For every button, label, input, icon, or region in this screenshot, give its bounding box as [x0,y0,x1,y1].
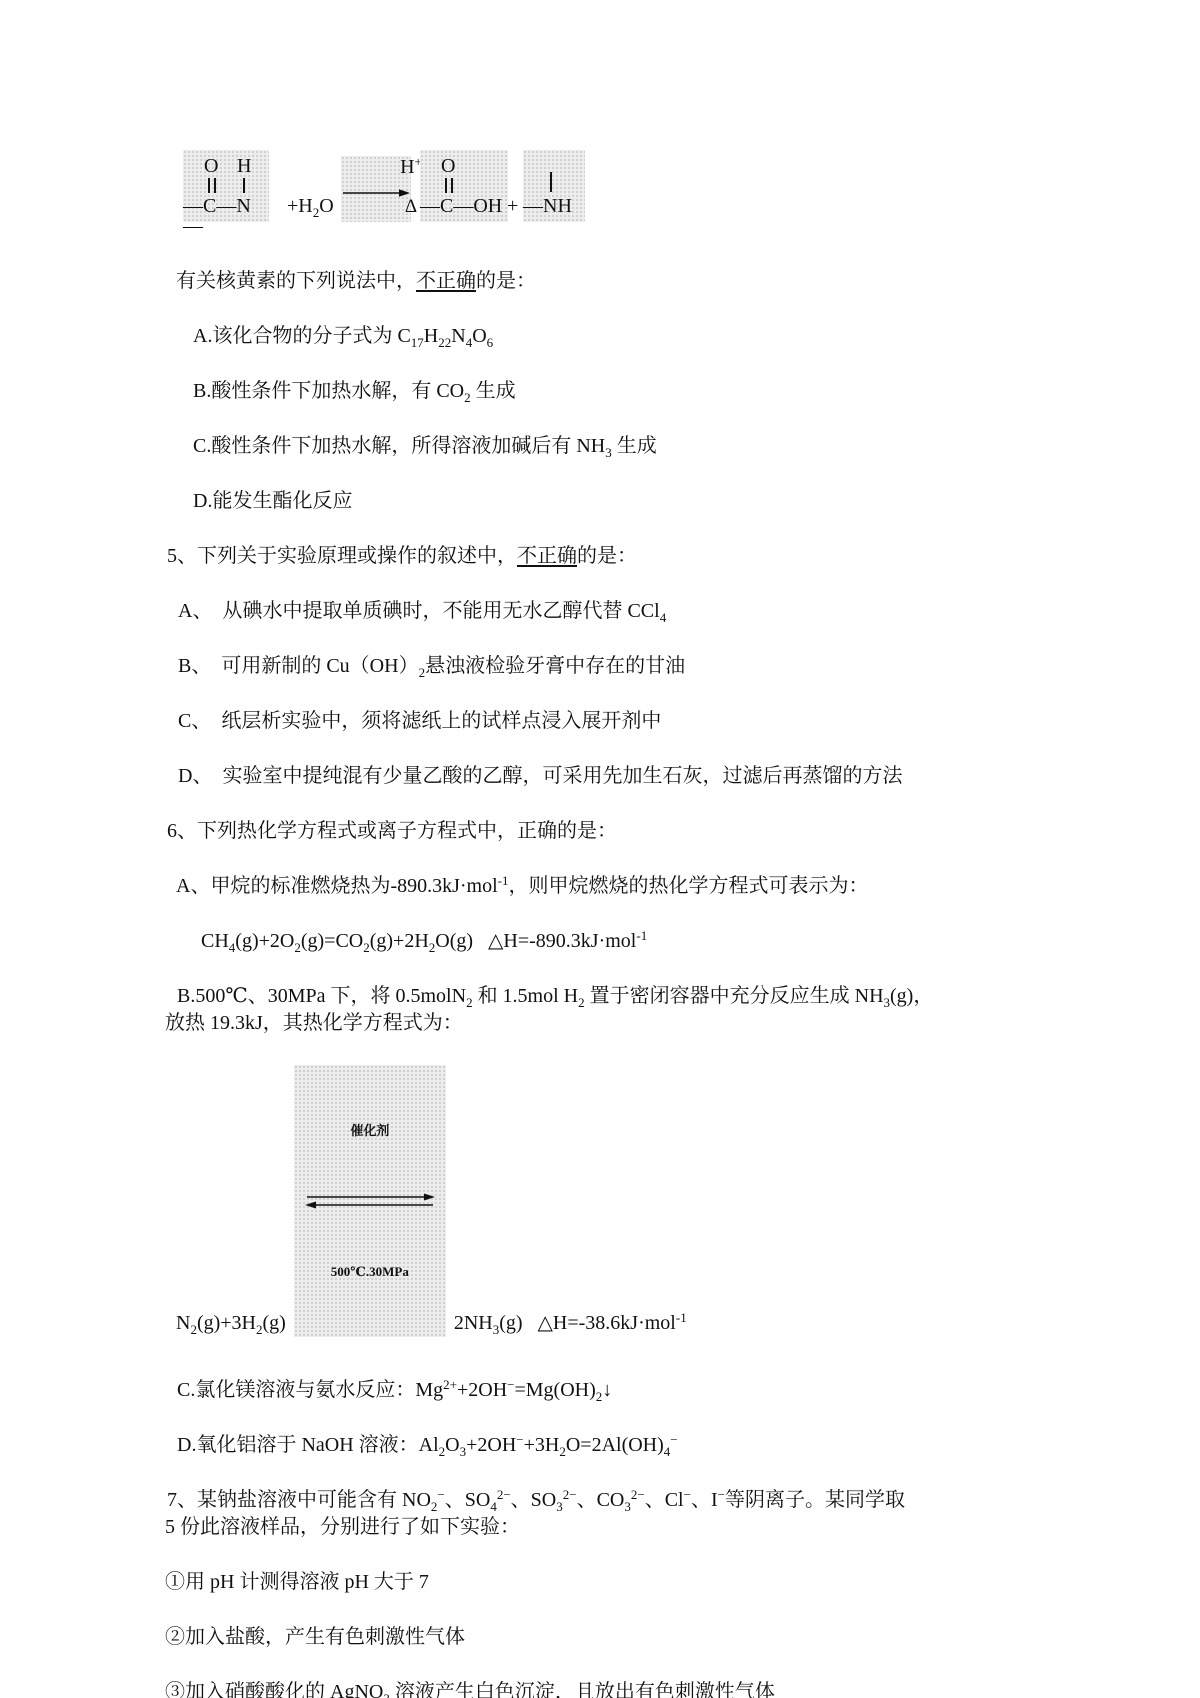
question-6-option-a-equation: CH4(g)+2O2(g)=CO2(g)+2H2O(g) △H=-890.3kJ… [165,928,1148,955]
carbonyl-oxygen-label: O [204,156,218,176]
catalyst-label: 催化剂 [299,1122,441,1139]
question-5-stem: 5、下列关于实验原理或操作的叙述中，不正确的是： [165,543,1148,570]
question-4-option-b: B.酸性条件下加热水解，有 CO2 生成 [165,378,1148,405]
acid-backbone-label: —C—OH [420,196,502,216]
question-6-option-a: A、甲烷的标准燃烧热为-890.3kJ·mol-1，则甲烷燃烧的热化学方程式可表… [165,873,1148,900]
question-6-option-d: D.氧化铝溶于 NaOH 溶液：Al2O3+2OH−+3H2O=2Al(OH)4… [165,1432,1148,1459]
condition-label: 500℃.30MPa [299,1263,441,1280]
equation-left: N2(g)+3H2(g) [176,1310,286,1337]
single-bond-icon [243,178,245,193]
reaction-arrow-group: H+ Δ [341,156,411,222]
amide-hydrogen-label: H [237,156,251,176]
question-5-option-c: C、 纸层析实验中，须将滤纸上的试样点浸入展开剂中 [165,708,1148,735]
amide-reaction-diagram: O H —C—N— +H2O H+ Δ O —C—OH + —NH [183,148,823,226]
question-5-option-b: B、 可用新制的 Cu（OH）2悬浊液检验牙膏中存在的甘油 [165,653,1148,680]
acid-fragment-box: O —C—OH [420,150,508,222]
equation-right: 2NH3(g) △H=-38.6kJ·mol-1 [454,1310,687,1337]
amine-fragment-box: —NH [523,150,585,222]
question-4-stem: 有关核黄素的下列说法中，不正确的是： [165,268,1148,295]
question-7-line2: 5 份此溶液样品，分别进行了如下实验： [165,1514,1148,1541]
question-4-option-a: A.该化合物的分子式为 C17H22N4O6 [165,323,1148,350]
amine-backbone-label: —NH [523,196,572,216]
equilibrium-condition-box: 催化剂 500℃.30MPa [294,1065,446,1337]
question-5-option-d: D、 实验室中提纯混有少量乙酸的乙醇，可采用先加生石灰，过滤后再蒸馏的方法 [165,763,1148,790]
double-bond-icon [208,178,216,193]
amide-fragment-box: O H —C—N— [183,150,269,222]
question-7-experiment-1: ①用 pH 计测得溶液 pH 大于 7 [165,1569,1148,1596]
question-6-stem: 6、下列热化学方程式或离子方程式中，正确的是： [165,818,1148,845]
amide-backbone-label: —C—N— [183,196,269,236]
double-bond-icon [445,178,453,193]
carbonyl-oxygen-label: O [441,156,455,176]
question-6-option-c: C.氯化镁溶液与氨水反应：Mg2++2OH−=Mg(OH)2↓ [165,1377,1148,1404]
n-substituent-bond-icon [550,172,552,192]
question-6-option-b-line2: 放热 19.3kJ，其热化学方程式为： [165,1010,1148,1037]
question-7-experiment-2: ②加入盐酸，产生有色刺激性气体 [165,1624,1148,1651]
question-4-option-d: D.能发生酯化反应 [165,488,1148,515]
question-4-option-c: C.酸性条件下加热水解，所得溶液加碱后有 NH3 生成 [165,433,1148,460]
plus-sign-label: + [507,196,518,216]
plus-water-label: +H2O [287,196,334,216]
question-6-option-b-line1: B.500℃、30MPa 下，将 0.5molN2 和 1.5mol H2 置于… [165,983,1148,1010]
question-7-line1: 7、某钠盐溶液中可能含有 NO2−、SO42−、SO32−、CO32−、Cl−、… [165,1487,1148,1514]
question-6-option-b-equation: N2(g)+3H2(g) 催化剂 500℃.30MPa 2NH3(g) △H=-… [176,1065,1148,1337]
question-5-option-a: A、 从碘水中提取单质碘时，不能用无水乙醇代替 CCl4 [165,598,1148,625]
equilibrium-arrows-icon [305,1193,435,1209]
question-7-experiment-3: ③加入硝酸酸化的 AgNO3 溶液产生白色沉淀，且放出有色刺激性气体 [165,1679,1148,1698]
exam-page: O H —C—N— +H2O H+ Δ O —C—OH + —NH 有关核黄素的… [0,0,1200,1698]
